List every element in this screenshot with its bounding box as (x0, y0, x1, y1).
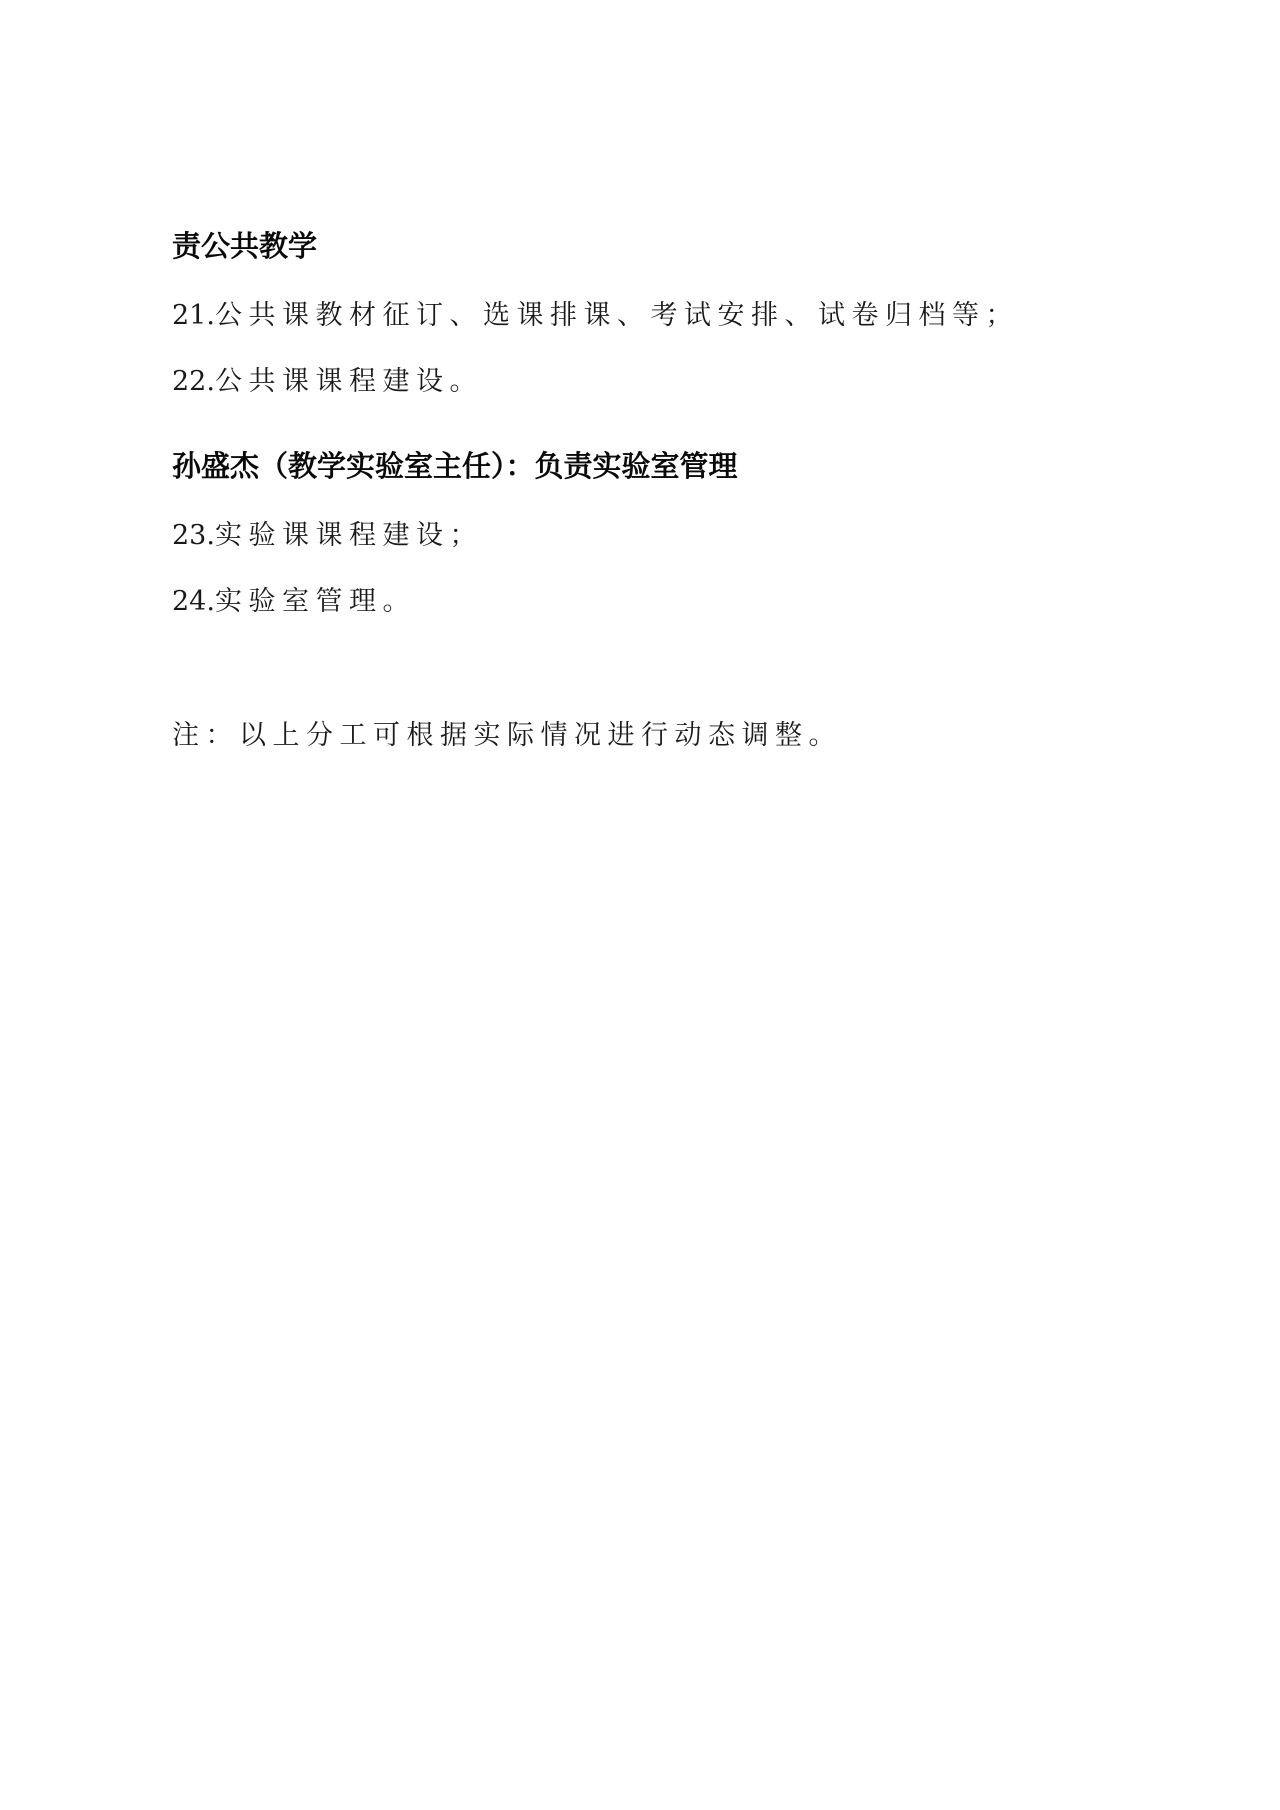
item-number: 22. (172, 366, 215, 397)
item-text: 实验室管理。 (215, 586, 416, 617)
list-item-24: 24.实验室管理。 (172, 588, 416, 615)
section-heading-lab-director: 孙盛杰（教学实验室主任）：负责实验室管理 (172, 452, 738, 481)
list-item-23: 23.实验课课程建设； (172, 522, 483, 549)
item-number: 23. (172, 520, 215, 551)
item-number: 24. (172, 586, 215, 617)
item-text: 公共课课程建设。 (215, 366, 483, 397)
document-page: 责公共教学 21.公共课教材征订、选课排课、考试安排、试卷归档等； 22.公共课… (0, 0, 1280, 1810)
section-heading-public-teaching: 责公共教学 (172, 232, 317, 261)
list-item-21: 21.公共课教材征订、选课排课、考试安排、试卷归档等； (172, 302, 1019, 329)
item-number: 21. (172, 300, 215, 331)
item-text: 实验课课程建设； (215, 520, 483, 551)
item-text: 公共课教材征订、选课排课、考试安排、试卷归档等； (215, 300, 1019, 331)
note-text: 注：以上分工可根据实际情况进行动态调整。 (172, 722, 842, 749)
list-item-22: 22.公共课课程建设。 (172, 368, 483, 395)
